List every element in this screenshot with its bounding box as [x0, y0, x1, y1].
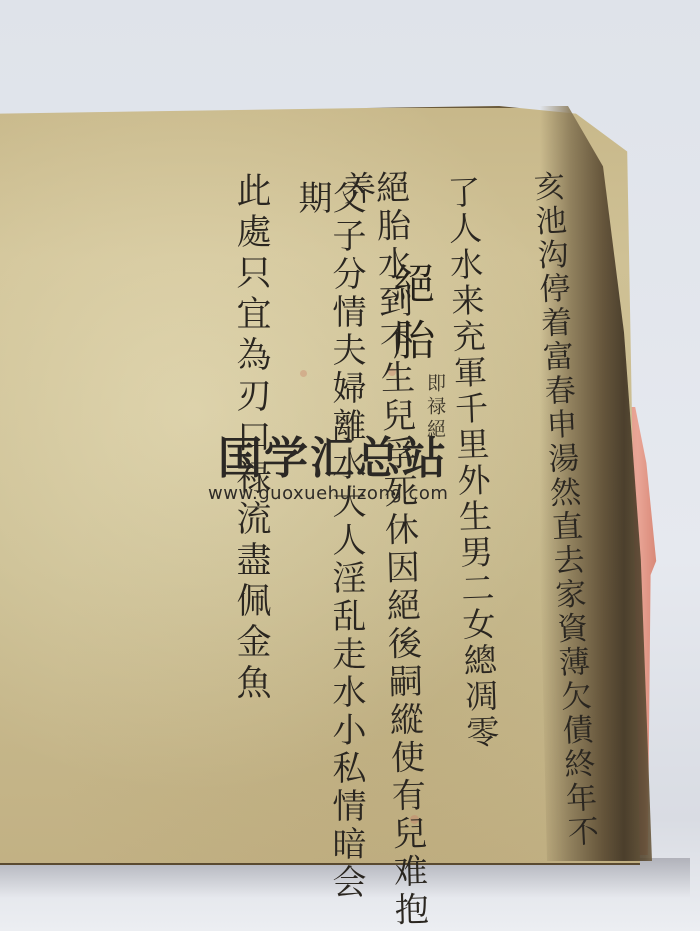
manuscript-column-4: 父子分情夫婦離水大人淫乱走水小私情暗会期 [295, 180, 363, 931]
watermark-title: 国学汇总站 [218, 422, 448, 486]
watermark-url: www.guoxuehuizong.com [208, 483, 448, 504]
